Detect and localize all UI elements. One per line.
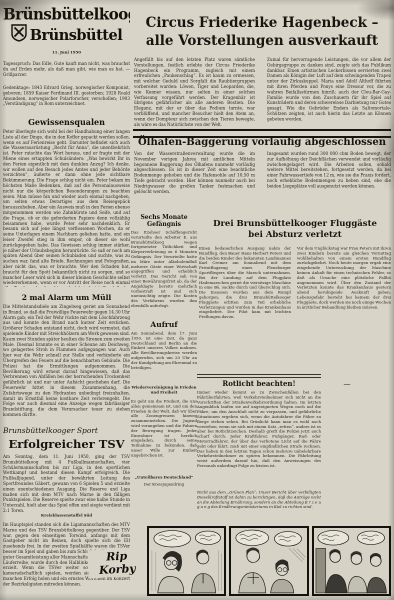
fluggaeste-body-right: Vor dem Unglückstag war Frau Peters mit …: [297, 246, 391, 310]
speech-bubble: [318, 531, 349, 545]
comic-panel: [229, 526, 308, 596]
oelhafen-body-left: Von der Wasserstraßenverwaltung wurde di…: [134, 151, 255, 194]
circus-body-left: Angefüllt bis auf den letzten Platz ware…: [134, 57, 255, 127]
sechs-monate-article: Sechs Monate Gefängnis Das Itzehoer Schö…: [131, 214, 197, 328]
aufruf-signoff-2: Der Kreisjugendring: [131, 482, 197, 487]
speech-bubble: [236, 530, 269, 545]
alarm-title: 2 mal Alarm um Müll: [3, 293, 130, 302]
oelhafen-body-right: Insgesamt wurden rund 300 000 cbm Boden …: [267, 151, 391, 189]
speech-bubble: [195, 531, 220, 545]
aufruf-body-bottom: Es geht um die Freiheit, die uns allen g…: [131, 399, 197, 458]
masthead-row: Brünsbüttel: [3, 24, 130, 46]
sechs-monate-title: Sechs Monate Gefängnis: [131, 214, 197, 228]
speech-bubble: [357, 531, 384, 545]
aufruf-title: Aufruf: [131, 320, 197, 329]
masthead-title-line2: Brünsbüttel: [30, 27, 122, 44]
alarm-body: Die Mittelstandsdiele am Zingelweg gerie…: [3, 304, 130, 417]
gewissensqualen-body: Peter überlegte sich wohl bei der Handha…: [3, 129, 130, 287]
fluggaeste-title-line2: bei Absturz verletzt: [199, 230, 391, 241]
gedenktage-text: Gedenktage: 1843 Edvard Grieg, norwegisc…: [3, 85, 130, 107]
rotlicht-divider: [197, 374, 321, 378]
masthead-title-line1: Brünsbüttelkoog: [3, 5, 130, 24]
comic-panel: [312, 526, 391, 596]
comic-strip: [147, 526, 391, 596]
tagesspruch-text: Tagesspruch: Das Edle, Gute kauft man ni…: [3, 61, 130, 77]
speech-bubble: [154, 531, 191, 547]
masthead-date: 11. Juni 1950: [3, 50, 130, 55]
fluggaeste-headline: Drei Brunsbüttelkooger Fluggäste bei Abs…: [199, 219, 391, 241]
left-column: Brünsbüttelkoog Brünsbüttel 11. Juni 195…: [3, 5, 130, 597]
fluggaeste-body-left: Einen bedauerlichen Ausgang nahm der Run…: [199, 246, 291, 319]
coat-of-arms-icon: [11, 24, 27, 46]
rotlicht-article: Rotlicht beachten! Immer wieder kommt es…: [197, 379, 321, 516]
aufruf-body-top: Am Sonnabend, dem 17. Juni 1950, ist ein…: [131, 331, 197, 370]
aufruf-slogan: Wiedervereinigung in Frieden und Freihei…: [131, 385, 197, 395]
rotlicht-note: Nicht aus dem „Grünen Plan“: Unser Beric…: [197, 490, 321, 510]
fluggaeste-end-dash: —: [322, 380, 372, 388]
rotlicht-title: Rotlicht beachten!: [197, 379, 321, 388]
speech-bubble: [275, 532, 302, 546]
fluggaeste-title-line1: Drei Brunsbüttelkooger Fluggäste: [199, 219, 391, 230]
tsv-subhead: Kreisklassenstaffel Süd: [3, 513, 130, 518]
circus-headline: Circus Friederike Hagenbeck – alle Vorst…: [133, 14, 391, 50]
comic-label: Rip Korby: [87, 548, 146, 579]
aufruf-article: Aufruf Am Sonnabend, dem 17. Juni 1950, …: [131, 320, 197, 489]
gewissensqualen-title: Gewissensqualen: [3, 117, 130, 127]
sechs-monate-body: Das Itzehoer Schöffengericht verurteilte…: [131, 230, 197, 308]
comic-panel: [147, 526, 226, 596]
oelhafen-headline: Ölhafen-Baggerung vorläufig abgeschlosse…: [133, 137, 391, 148]
rotlicht-body: Immer wieder kommt es zu Zwischenfällen …: [197, 390, 321, 468]
circus-headline-line2: alle Vorstellungen ausverkauft: [133, 32, 391, 50]
circus-headline-line1: Circus Friederike Hagenbeck –: [133, 14, 391, 32]
oelhafen-title: Ölhafen-Baggerung vorläufig abgeschlosse…: [133, 137, 391, 148]
tsv-title: Erfolgreicher TSV: [3, 437, 130, 451]
newspaper-page: Brünsbüttelkoog Brünsbüttel 11. Juni 195…: [0, 0, 394, 600]
aufruf-signoff-1: „Unteilbares Deutschland“: [131, 475, 197, 480]
tsv-body-top: Am Sonntag, dem 11. Juni 1950, ging der …: [3, 454, 130, 512]
sport-kicker: Brunsbüttelkooger Sport: [3, 426, 130, 435]
circus-body-right: Zumal für hervorragende Leistungen, die …: [267, 57, 391, 122]
